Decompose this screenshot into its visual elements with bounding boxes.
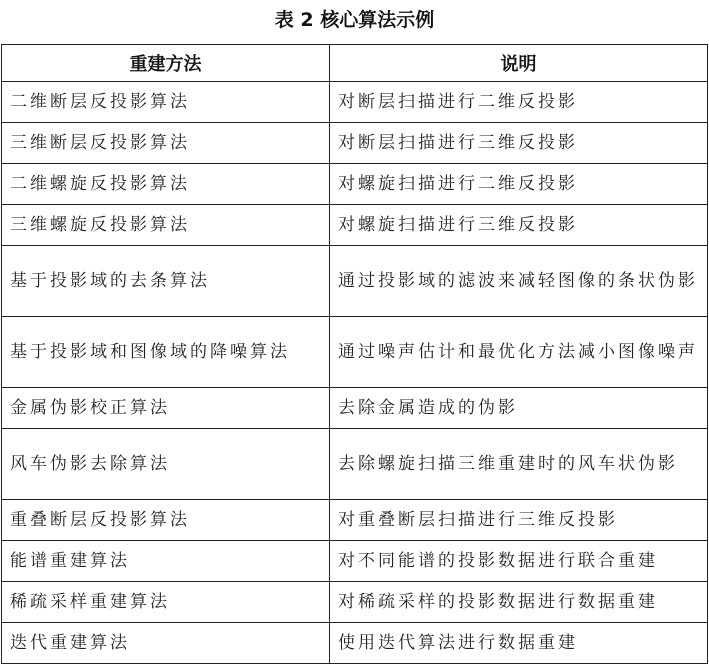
cell-description: 对断层扫描进行三维反投影 <box>330 123 708 164</box>
cell-method: 三维螺旋反投影算法 <box>2 205 330 246</box>
header-description: 说明 <box>330 45 708 82</box>
algorithm-table: 重建方法 说明 二维断层反投影算法 对断层扫描进行二维反投影 三维断层反投影算法… <box>1 44 708 664</box>
cell-description: 使用迭代算法进行数据重建 <box>330 623 708 664</box>
cell-method: 能谱重建算法 <box>2 541 330 582</box>
cell-method: 稀疏采样重建算法 <box>2 582 330 623</box>
table-row: 重叠断层反投影算法 对重叠断层扫描进行三维反投影 <box>2 500 708 541</box>
header-method: 重建方法 <box>2 45 330 82</box>
cell-description: 对断层扫描进行二维反投影 <box>330 82 708 123</box>
cell-method: 二维断层反投影算法 <box>2 82 330 123</box>
cell-description: 对不同能谱的投影数据进行联合重建 <box>330 541 708 582</box>
cell-description: 对螺旋扫描进行三维反投影 <box>330 205 708 246</box>
table-row: 二维断层反投影算法 对断层扫描进行二维反投影 <box>2 82 708 123</box>
cell-method: 基于投影域的去条算法 <box>2 246 330 317</box>
table-row: 稀疏采样重建算法 对稀疏采样的投影数据进行数据重建 <box>2 582 708 623</box>
table-caption: 表 2 核心算法示例 <box>0 6 709 34</box>
cell-method: 基于投影域和图像域的降噪算法 <box>2 317 330 388</box>
table-row: 迭代重建算法 使用迭代算法进行数据重建 <box>2 623 708 664</box>
table-row: 三维断层反投影算法 对断层扫描进行三维反投影 <box>2 123 708 164</box>
cell-description: 对稀疏采样的投影数据进行数据重建 <box>330 582 708 623</box>
cell-method: 迭代重建算法 <box>2 623 330 664</box>
cell-description: 通过噪声估计和最优化方法减小图像噪声 <box>330 317 708 388</box>
table-row: 三维螺旋反投影算法 对螺旋扫描进行三维反投影 <box>2 205 708 246</box>
cell-method: 三维断层反投影算法 <box>2 123 330 164</box>
cell-description: 去除螺旋扫描三维重建时的风车状伪影 <box>330 429 708 500</box>
table-row: 金属伪影校正算法 去除金属造成的伪影 <box>2 388 708 429</box>
cell-description: 对螺旋扫描进行二维反投影 <box>330 164 708 205</box>
table-row: 基于投影域和图像域的降噪算法 通过噪声估计和最优化方法减小图像噪声 <box>2 317 708 388</box>
cell-description: 对重叠断层扫描进行三维反投影 <box>330 500 708 541</box>
table-row: 二维螺旋反投影算法 对螺旋扫描进行二维反投影 <box>2 164 708 205</box>
cell-method: 金属伪影校正算法 <box>2 388 330 429</box>
table-header-row: 重建方法 说明 <box>2 45 708 82</box>
table-row: 风车伪影去除算法 去除螺旋扫描三维重建时的风车状伪影 <box>2 429 708 500</box>
table-row: 基于投影域的去条算法 通过投影域的滤波来减轻图像的条状伪影 <box>2 246 708 317</box>
table-row: 能谱重建算法 对不同能谱的投影数据进行联合重建 <box>2 541 708 582</box>
cell-method: 二维螺旋反投影算法 <box>2 164 330 205</box>
cell-method: 重叠断层反投影算法 <box>2 500 330 541</box>
cell-method: 风车伪影去除算法 <box>2 429 330 500</box>
cell-description: 去除金属造成的伪影 <box>330 388 708 429</box>
cell-description: 通过投影域的滤波来减轻图像的条状伪影 <box>330 246 708 317</box>
